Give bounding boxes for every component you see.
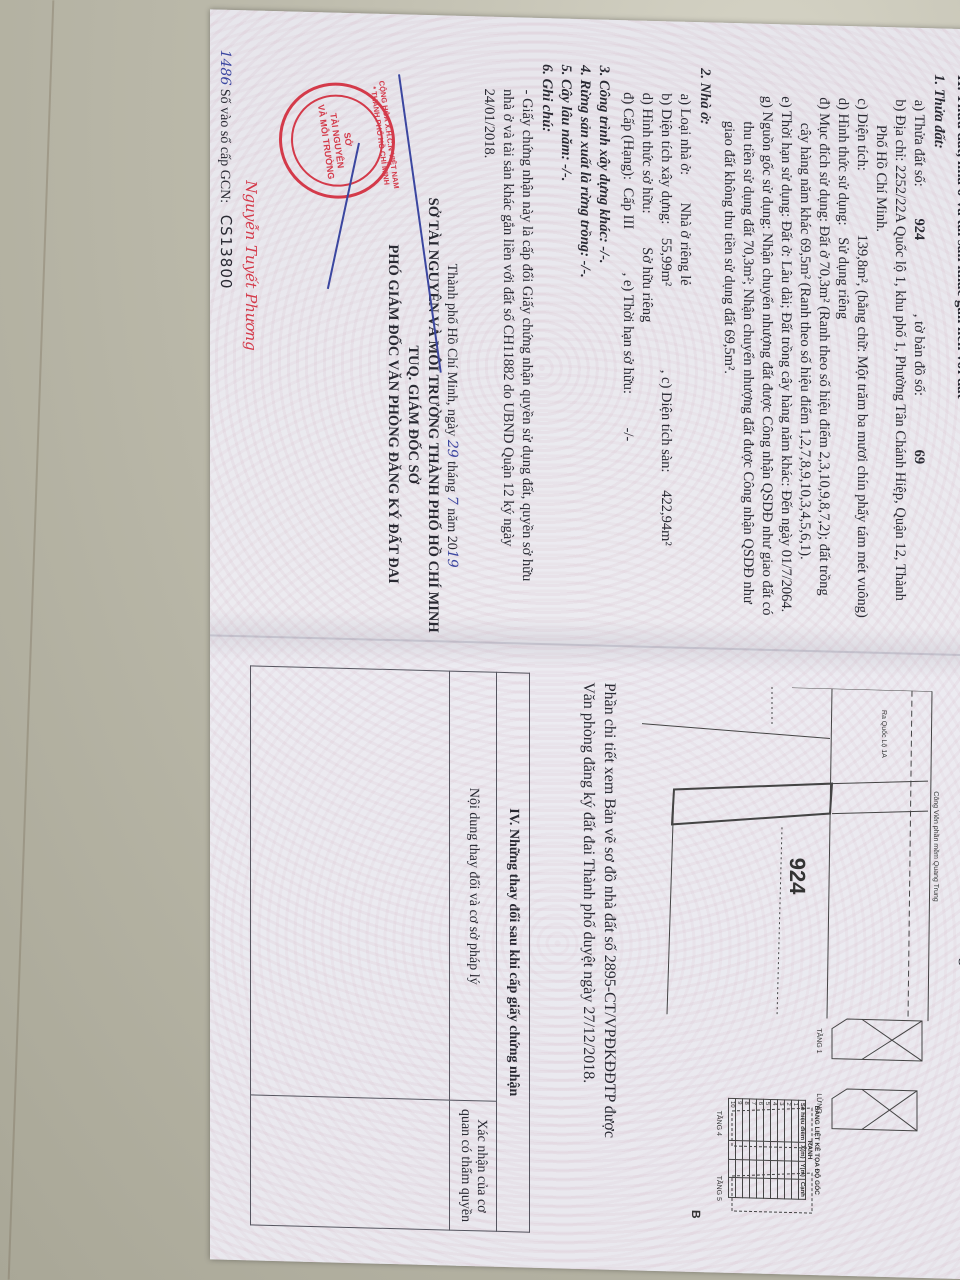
- address-value: 2252/22A Quốc lộ 1, khu phố 1, Phường Tâ…: [892, 165, 908, 601]
- address-label: b) Địa chỉ:: [892, 99, 908, 161]
- built-area-label: b) Diện tích xây dựng:: [658, 93, 674, 225]
- official-stamp: CỘNG HÒA X.H.C.N VIỆT NAM * THÀNH PHỐ HỒ…: [271, 76, 402, 204]
- built-area-value: 55,99m²: [658, 238, 674, 287]
- issue-year: 19: [444, 550, 460, 568]
- own-term-value: -/-: [620, 427, 636, 441]
- address-line-2: Phố Hồ Chí Minh.: [871, 73, 890, 628]
- floor-area-value: 422,94m²: [658, 490, 674, 546]
- registry-handwritten: 1486: [217, 49, 233, 85]
- signer-name: Nguyễn Tuyết Phương: [242, 180, 260, 351]
- coord-row: 6: [757, 1099, 764, 1198]
- own-term-label: , e) Thời hạn sở hữu:: [620, 273, 636, 395]
- coord-row: 2: [785, 1100, 792, 1199]
- floor-label: TẦNG 1: [815, 1028, 825, 1054]
- parcel-label: a) Thửa đất số:: [911, 100, 927, 187]
- use-form-label: d) Hình thức sử dụng:: [835, 98, 851, 226]
- parcel-number: 924: [911, 218, 927, 240]
- north-arrow: B: [689, 1210, 703, 1219]
- notes-line-3: 24/01/2018.: [479, 62, 498, 617]
- ownership-value: Sở hữu riêng: [639, 247, 655, 323]
- right-page: III. Sơ đồ thửa đất, nhà ở và tài sản kh…: [210, 634, 960, 1280]
- registry-label: Số vào sổ cấp GCN:: [217, 89, 232, 204]
- floor-label: TẦNG 4: [715, 1111, 725, 1137]
- grade-line: đ) Cấp (Hạng): Cấp III , e) Thời hạn sở …: [618, 66, 637, 621]
- parcel-line: a) Thửa đất số: 924 , tờ bản đồ số: 69: [909, 74, 928, 629]
- purpose-line-1: đ) Mục đích sử dụng: Đất ở 70,3m² (Ranh …: [814, 71, 833, 626]
- changes-empty-cell: [251, 1095, 450, 1230]
- house-heading: 2. Nhà ở:: [696, 68, 713, 623]
- coord-row: 3: [778, 1100, 785, 1199]
- notes-heading: 6. Ghi chú:: [538, 64, 555, 619]
- area-value: 139,8m², (bằng chữ: Một trăm ba mươi chí…: [854, 234, 870, 618]
- floor-area-label: , c) Diện tích sàn:: [658, 370, 674, 473]
- changes-empty-cell: [251, 666, 450, 1100]
- detail-note: Phần chi tiết xem Bản vẽ sơ đồ nhà đất s…: [578, 682, 620, 1243]
- certificate-sheet: II. Thửa đất, nhà ở và tài sản khác gắn …: [210, 9, 960, 1280]
- land-heading: 1. Thửa đất:: [930, 74, 947, 629]
- signer-title: PHÓ GIÁM ĐỐC VĂN PHÒNG ĐĂNG KÝ ĐẤT ĐAI: [383, 164, 403, 665]
- notes-line-1: - Giấy chứng nhận này là cấp đổi Giấy ch…: [517, 63, 536, 618]
- coord-row: 8: [743, 1099, 750, 1198]
- forest: 4. Rừng sản xuất là rừng trồng: -/-.: [576, 65, 593, 620]
- changes-col-content: Nội dung thay đổi và cơ sở pháp lý: [450, 671, 497, 1101]
- term-line: e) Thời hạn sử dụng: Đất ở: Lâu dài; Đất…: [776, 70, 795, 625]
- registry-value: CS13800: [217, 214, 235, 289]
- house-type-label: a) Loại nhà ở:: [677, 94, 693, 176]
- issuing-department: SỞ TÀI NGUYÊN VÀ MÔI TRƯỜNG THÀNH PHỐ HỒ…: [423, 165, 443, 666]
- house-type-line: a) Loại nhà ở: Nhà ở riêng lẻ: [675, 67, 694, 622]
- coord-row: 7: [750, 1099, 757, 1198]
- origin-line-1: g) Nguồn gốc sử dụng: Nhận chuyển nhượng…: [757, 70, 776, 625]
- coord-row: 4: [771, 1099, 778, 1198]
- address-line: b) Địa chỉ: 2252/22A Quốc lộ 1, khu phố …: [890, 73, 909, 628]
- road-top-label: Công Viên phần mềm Quang Trung: [932, 791, 941, 902]
- section-ii-title: II. Thửa đất, nhà ở và tài sản khác gắn …: [953, 75, 960, 630]
- changes-table: IV. Những thay đổi sau khi cấp giấy chứn…: [250, 665, 530, 1232]
- grade-value: Cấp III: [620, 187, 636, 229]
- section-iv-title: IV. Những thay đổi sau khi cấp giấy chứn…: [497, 672, 530, 1232]
- coordinate-table: BẢNG LIỆT KÊ TỌA ĐỘ GÓC RANH Số hiệu điể…: [728, 1098, 820, 1200]
- road-label: Ra Quốc Lộ 1A: [880, 710, 889, 758]
- ownership-label: d) Hình thức sở hữu:: [639, 93, 655, 214]
- parcel-number-label: 924: [785, 857, 810, 895]
- left-page: II. Thửa đất, nhà ở và tài sản khác gắn …: [210, 9, 960, 655]
- ownership-line: d) Hình thức sở hữu: Sở hữu riêng: [637, 66, 656, 621]
- coord-row: 1: [792, 1100, 799, 1199]
- coord-row: 5: [764, 1099, 771, 1198]
- origin-line-2: thu tiền sử dụng đất 70,3m²; Nhận chuyển…: [738, 69, 757, 624]
- purpose-line-2: cây hàng năm khác 69,5m² (Ranh theo số h…: [795, 71, 814, 626]
- house-type-value: Nhà ở riêng lẻ: [677, 203, 693, 286]
- map-sheet-number: 69: [911, 449, 927, 464]
- registry-number: 1486 Số vào sổ cấp GCN: CS13800: [216, 49, 235, 289]
- area-label: c) Diện tích:: [854, 98, 870, 171]
- use-form-line: d) Hình thức sử dụng: Sử dụng riêng: [833, 72, 852, 627]
- authorization-line: TUQ. GIÁM ĐỐC SỞ: [403, 164, 423, 665]
- issue-date: Thành phố Hồ Chí Minh, ngày 29 tháng 7 n…: [443, 165, 460, 665]
- other-works: 3. Công trình xây dựng khác: -/-.: [595, 65, 612, 620]
- built-area-line: b) Diện tích xây dựng: 55,99m² , c) Diện…: [656, 67, 675, 622]
- map-sheet-label: , tờ bản đồ số:: [911, 314, 927, 397]
- issue-month: 7: [444, 496, 460, 505]
- issue-day: 29: [444, 440, 460, 458]
- coord-row: 10: [729, 1098, 736, 1197]
- origin-line-3: giao đất không thu tiền sử dụng đất 69,5…: [719, 69, 738, 624]
- use-form-value: Sử dụng riêng: [835, 237, 851, 319]
- area-line: c) Diện tích: 139,8m², (bằng chữ: Một tr…: [852, 72, 871, 627]
- coord-row: 9: [736, 1099, 743, 1198]
- changes-col-confirmation: Xác nhận của cơ quan có thẩm quyền: [450, 1100, 497, 1231]
- grade-label: đ) Cấp (Hạng):: [620, 92, 636, 180]
- perennial-trees: 5. Cây lâu năm: -/-.: [557, 64, 574, 619]
- notes-line-2: nhà ở và tài sản khác gắn liền với đất s…: [498, 63, 517, 618]
- floor-label: TẦNG 5: [715, 1176, 725, 1202]
